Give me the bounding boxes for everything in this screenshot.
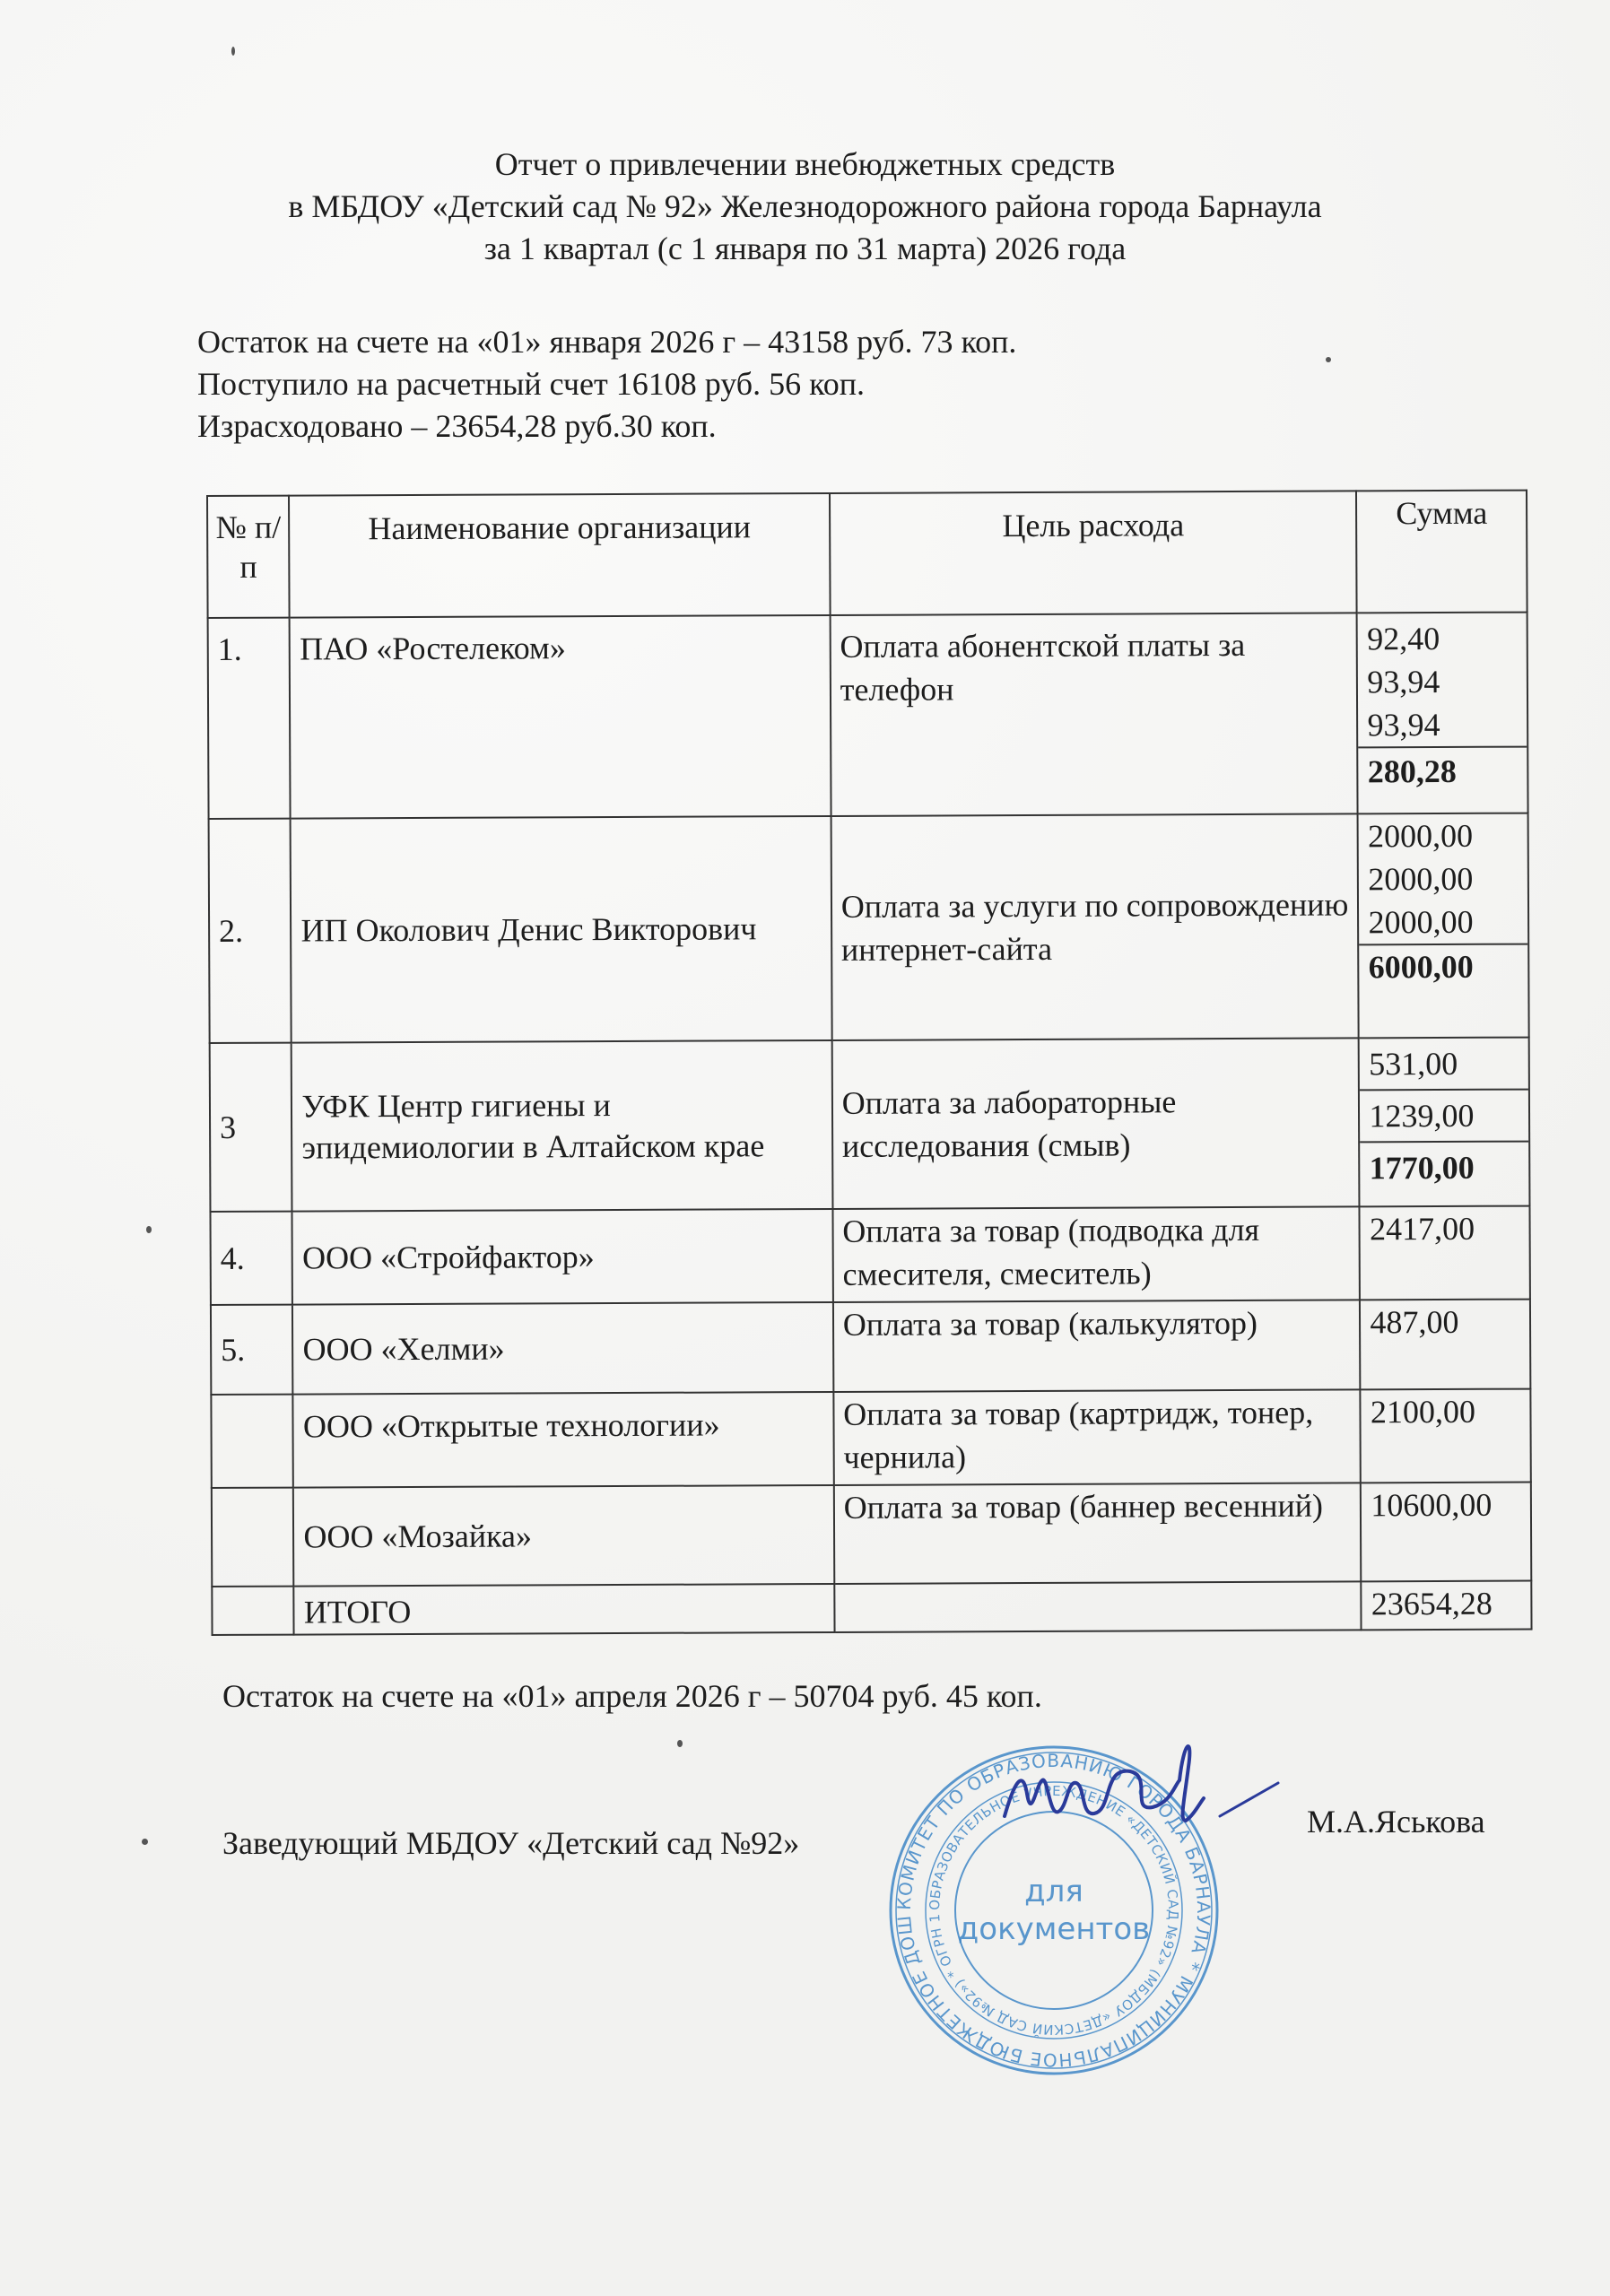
row-num: 2. [209,819,292,1043]
amount-subtotal: 1770,00 [1361,1141,1529,1194]
amount-item: 2000,00 [1359,900,1527,944]
svg-text:для: для [1024,1874,1083,1909]
total-amount-value: 23654,28 [1362,1582,1531,1626]
row-amount: 10600,00 [1361,1483,1531,1582]
row-purpose: Оплата за лабораторные исследования (смы… [831,1038,1359,1209]
amount-item: 1239,00 [1360,1089,1528,1142]
row-num: 1. [208,618,291,819]
amount-subtotal: 6000,00 [1360,944,1528,1038]
row-num: 5. [211,1305,293,1395]
header-purpose: Цель расхода [830,491,1357,615]
spent-amount: Израсходовано – 23654,28 руб.30 коп. [197,405,1016,448]
amount-item: 2100,00 [1362,1390,1530,1434]
title-line-3: за 1 квартал (с 1 января по 31 марта) 20… [0,228,1610,270]
amount-item: 93,94 [1358,660,1527,704]
amount-subtotal: 280,28 [1359,746,1527,799]
header-num: № п/п [207,496,290,618]
signer-position: Заведующий МБДОУ «Детский сад №92» [222,1822,799,1865]
balance-summary: Остаток на счете на «01» января 2026 г –… [197,321,1016,448]
row-organization: ООО «Стройфактор» [292,1209,833,1305]
total-amount: 23654,28 [1362,1581,1532,1631]
amount-item: 93,94 [1358,703,1527,747]
amount-item: 10600,00 [1362,1483,1530,1527]
header-organization: Наименование организации [289,493,830,618]
row-num [212,1488,294,1587]
row-purpose: Оплата за услуги по сопровождению интерн… [831,813,1359,1040]
scan-speck [142,1839,148,1845]
amount-item: 487,00 [1361,1300,1529,1344]
amount-item: 92,40 [1358,613,1527,661]
table-header-row: № п/п Наименование организации Цель расх… [207,491,1527,618]
row-num [211,1395,293,1488]
header-amount: Сумма [1356,491,1527,613]
document-page: Отчет о привлечении внебюджетных средств… [0,0,1610,2296]
row-amount: 487,00 [1360,1300,1530,1390]
expenses-table: № п/п Наименование организации Цель расх… [206,490,1533,1636]
row-amount: 2100,00 [1361,1389,1531,1483]
row-purpose: Оплата за товар (подводка для смесителя,… [832,1206,1360,1302]
row-purpose: Оплата за товар (картридж, тонер, чернил… [833,1389,1361,1485]
row-purpose: Оплата абонентской платы за телефон [830,613,1358,816]
amount-item: 2417,00 [1361,1207,1529,1251]
table-row: 5. ООО «Хелми» Оплата за товар (калькуля… [211,1300,1530,1395]
row-amounts: 92,40 93,94 93,94 280,28 [1357,613,1528,814]
row-purpose: Оплата за товар (баннер весенний) [834,1483,1362,1584]
amount-item: 2000,00 [1359,814,1527,858]
signer-name: М.А.Яськова [1307,1801,1485,1843]
row-amounts: 531,00 1239,00 1770,00 [1359,1038,1529,1207]
total-label: ИТОГО [294,1584,835,1635]
row-organization: ООО «Хелми» [292,1302,833,1395]
row-organization: ООО «Открытые технологии» [293,1392,834,1488]
handwritten-signature-icon [996,1731,1283,1848]
total-num [212,1587,294,1635]
table-row: 2. ИП Околович Денис Викторович Оплата з… [209,813,1529,1043]
amount-item: 2000,00 [1359,857,1527,901]
row-amounts: 2000,00 2000,00 2000,00 6000,00 [1358,813,1529,1039]
amount-item: 531,00 [1360,1039,1528,1090]
svg-text:документов: документов [958,1911,1150,1947]
scan-speck [146,1226,152,1233]
document-title: Отчет о привлечении внебюджетных средств… [0,143,1610,270]
table-row: 4. ООО «Стройфактор» Оплата за товар (по… [210,1206,1529,1305]
scan-speck [231,47,235,56]
row-organization: ИП Околович Денис Викторович [291,816,831,1043]
row-organization: ООО «Мозайка» [293,1485,834,1587]
table-row: ООО «Открытые технологии» Оплата за това… [211,1389,1530,1488]
row-num: 3 [210,1043,292,1212]
row-organization: УФК Центр гигиены и эпидемиологии в Алта… [292,1040,832,1212]
title-line-2: в МБДОУ «Детский сад № 92» Железнодорожн… [0,186,1610,228]
scan-speck [677,1740,683,1747]
scan-speck [1326,357,1331,362]
total-purpose [834,1581,1362,1632]
table-row: 1. ПАО «Ростелеком» Оплата абонентской п… [208,613,1528,819]
received-amount: Поступило на расчетный счет 16108 руб. 5… [197,363,1016,405]
table-row: ООО «Мозайка» Оплата за товар (баннер ве… [212,1483,1531,1587]
table-total-row: ИТОГО 23654,28 [212,1581,1531,1635]
row-amount: 2417,00 [1360,1206,1530,1300]
row-purpose: Оплата за товар (калькулятор) [833,1300,1361,1392]
table-row: 3 УФК Центр гигиены и эпидемиологии в Ал… [210,1038,1530,1212]
row-num: 4. [210,1212,292,1305]
closing-balance: Остаток на счете на «01» апреля 2026 г –… [222,1675,1042,1718]
row-organization: ПАО «Ростелеком» [290,615,831,819]
opening-balance: Остаток на счете на «01» января 2026 г –… [197,321,1016,363]
title-line-1: Отчет о привлечении внебюджетных средств [0,143,1610,186]
